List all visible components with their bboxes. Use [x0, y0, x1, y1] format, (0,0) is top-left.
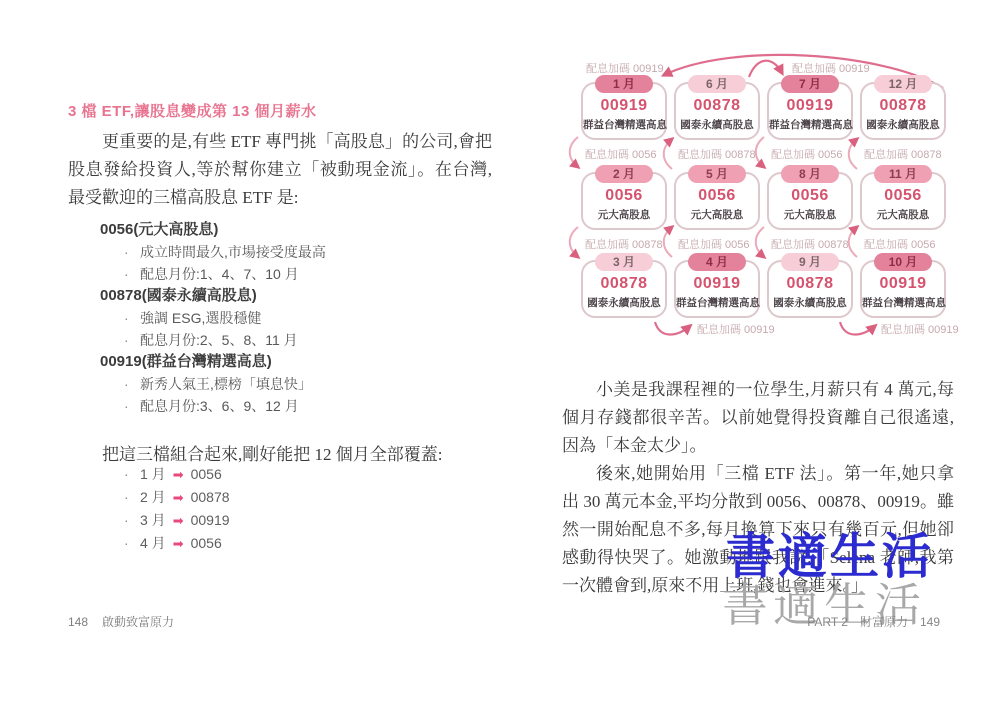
arrow-may-to-jun — [664, 139, 672, 169]
etf-code: 00919 — [862, 275, 944, 293]
arrow-feb-to-mar — [570, 227, 578, 257]
month-map-row: 3 月➡00919 — [100, 509, 420, 532]
month-card-mar: 3 月 00878 國泰永續高股息 — [581, 260, 667, 318]
month-card-nov: 11 月 0056 元大高股息 — [860, 172, 946, 230]
etf-bullet: 配息月份:1、4、7、10 月 — [100, 263, 500, 285]
paragraph-intro: 更重要的是,有些 ETF 專門挑「高股息」的公司,會把股息發給投資人,等於幫你建… — [68, 128, 492, 212]
arrow-right-icon: ➡ — [173, 490, 184, 505]
month-card-jul: 7 月 00919 群益台灣精選高息 — [767, 82, 853, 140]
arrow-jun-to-jul — [749, 61, 782, 77]
arrow-jan-to-feb — [570, 137, 578, 167]
month-tab: 12 月 — [874, 75, 932, 93]
month-card-may: 5 月 0056 元大高股息 — [674, 172, 760, 230]
map-month: 2 月 — [140, 489, 166, 505]
section-label: 財富原力 — [860, 615, 908, 629]
month-card-sep: 9 月 00878 國泰永續高股息 — [767, 260, 853, 318]
etf-name: 群益台灣精選高息 — [862, 295, 944, 310]
book-spread: 3 檔 ETF,讓股息變成第 13 個月薪水 更重要的是,有些 ETF 專門挑「… — [0, 0, 1000, 710]
arrow-label: 配息加碼 0056 — [678, 236, 750, 252]
arrow-jul-to-aug — [756, 137, 764, 167]
etf-heading-00878: 00878(國泰永續高股息) — [100, 285, 500, 307]
etf-code: 00878 — [676, 97, 758, 115]
section-title: 3 檔 ETF,讓股息變成第 13 個月薪水 — [68, 100, 317, 121]
part-label: PART 2 — [807, 615, 848, 629]
arrow-label: 配息加碼 00878 — [678, 146, 756, 162]
month-tab: 1 月 — [595, 75, 653, 93]
arrow-sep-to-oct — [840, 322, 875, 335]
etf-bullet: 新秀人氣王,標榜「填息快」 — [100, 373, 500, 395]
arrow-right-icon: ➡ — [173, 513, 184, 528]
page-number-left: 148 — [68, 615, 88, 629]
map-month: 3 月 — [140, 512, 166, 528]
month-code-map: 1 月➡0056 2 月➡00878 3 月➡00919 4 月➡0056 — [100, 463, 420, 555]
arrow-mar-to-apr — [655, 322, 690, 335]
month-tab: 7 月 — [781, 75, 839, 93]
etf-name: 元大高股息 — [583, 207, 665, 222]
etf-code: 0056 — [583, 187, 665, 205]
arrow-label: 配息加碼 00919 — [586, 60, 664, 76]
map-month: 4 月 — [140, 535, 166, 551]
etf-code: 00919 — [676, 275, 758, 293]
etf-heading-00919: 00919(群益台灣精選高息) — [100, 351, 500, 373]
month-tab: 11 月 — [874, 165, 932, 183]
arrow-apr-to-may — [664, 227, 672, 257]
month-tab: 9 月 — [781, 253, 839, 271]
month-tab: 3 月 — [595, 253, 653, 271]
arrow-label: 配息加碼 00878 — [585, 236, 663, 252]
arrow-right-icon: ➡ — [173, 536, 184, 551]
dividend-cycle-diagram: 1 月 00919 群益台灣精選高息 6 月 00878 國泰永續高股息 7 月… — [563, 50, 955, 348]
arrow-right-icon: ➡ — [173, 467, 184, 482]
month-card-jan: 1 月 00919 群益台灣精選高息 — [581, 82, 667, 140]
etf-name: 國泰永續高股息 — [769, 295, 851, 310]
map-code: 0056 — [191, 535, 222, 551]
etf-code: 0056 — [862, 187, 944, 205]
paragraph-story-1: 小美是我課程裡的一位學生,月薪只有 4 萬元,每個月存錢都很辛苦。以前她覺得投資… — [562, 376, 954, 460]
month-tab: 5 月 — [688, 165, 746, 183]
map-code: 0056 — [191, 466, 222, 482]
etf-heading-0056: 0056(元大高股息) — [100, 219, 500, 241]
month-card-feb: 2 月 0056 元大高股息 — [581, 172, 667, 230]
map-code: 00878 — [191, 489, 230, 505]
month-map-row: 2 月➡00878 — [100, 486, 420, 509]
month-tab: 2 月 — [595, 165, 653, 183]
etf-code: 0056 — [676, 187, 758, 205]
etf-code: 00919 — [769, 97, 851, 115]
etf-bullet: 配息月份:2、5、8、11 月 — [100, 329, 500, 351]
month-map-row: 1 月➡0056 — [100, 463, 420, 486]
etf-name: 國泰永續高股息 — [676, 117, 758, 132]
arrow-nov-to-dec — [849, 139, 857, 169]
month-card-oct: 10 月 00919 群益台灣精選高息 — [860, 260, 946, 318]
etf-name: 群益台灣精選高息 — [769, 117, 851, 132]
arrow-label: 配息加碼 00919 — [697, 321, 775, 337]
arrow-label: 配息加碼 00919 — [792, 60, 870, 76]
etf-name: 群益台灣精選高息 — [583, 117, 665, 132]
etf-bullet: 成立時間最久,市場接受度最高 — [100, 241, 500, 263]
arrow-label: 配息加碼 00878 — [771, 236, 849, 252]
etf-bullet: 配息月份:3、6、9、12 月 — [100, 395, 500, 417]
book-title: 啟動致富原力 — [102, 615, 174, 629]
etf-list: 0056(元大高股息) 成立時間最久,市場接受度最高 配息月份:1、4、7、10… — [100, 219, 500, 417]
footer-left: 148啟動致富原力 — [68, 613, 174, 630]
arrow-oct-to-nov — [849, 227, 857, 257]
month-card-aug: 8 月 0056 元大高股息 — [767, 172, 853, 230]
etf-code: 00919 — [583, 97, 665, 115]
etf-code: 00878 — [583, 275, 665, 293]
etf-name: 元大高股息 — [769, 207, 851, 222]
map-month: 1 月 — [140, 466, 166, 482]
month-tab: 10 月 — [874, 253, 932, 271]
map-code: 00919 — [191, 512, 230, 528]
month-card-dec: 12 月 00878 國泰永續高股息 — [860, 82, 946, 140]
etf-name: 國泰永續高股息 — [862, 117, 944, 132]
month-card-jun: 6 月 00878 國泰永續高股息 — [674, 82, 760, 140]
month-tab: 6 月 — [688, 75, 746, 93]
month-tab: 4 月 — [688, 253, 746, 271]
etf-name: 元大高股息 — [676, 207, 758, 222]
month-tab: 8 月 — [781, 165, 839, 183]
etf-name: 元大高股息 — [862, 207, 944, 222]
footer-right: PART 2財富原力149 — [795, 613, 940, 630]
etf-code: 0056 — [769, 187, 851, 205]
month-card-apr: 4 月 00919 群益台灣精選高息 — [674, 260, 760, 318]
arrow-label: 配息加碼 00919 — [881, 321, 959, 337]
arrow-label: 配息加碼 0056 — [864, 236, 936, 252]
etf-name: 國泰永續高股息 — [583, 295, 665, 310]
etf-code: 00878 — [862, 97, 944, 115]
arrow-label: 配息加碼 00878 — [864, 146, 942, 162]
arrow-aug-to-sep — [756, 227, 764, 257]
month-map-row: 4 月➡0056 — [100, 532, 420, 555]
page-number-right: 149 — [920, 615, 940, 629]
arrow-label: 配息加碼 0056 — [585, 146, 657, 162]
arrow-label: 配息加碼 0056 — [771, 146, 843, 162]
etf-bullet: 強調 ESG,選股穩健 — [100, 307, 500, 329]
etf-name: 群益台灣精選高息 — [676, 295, 758, 310]
etf-code: 00878 — [769, 275, 851, 293]
